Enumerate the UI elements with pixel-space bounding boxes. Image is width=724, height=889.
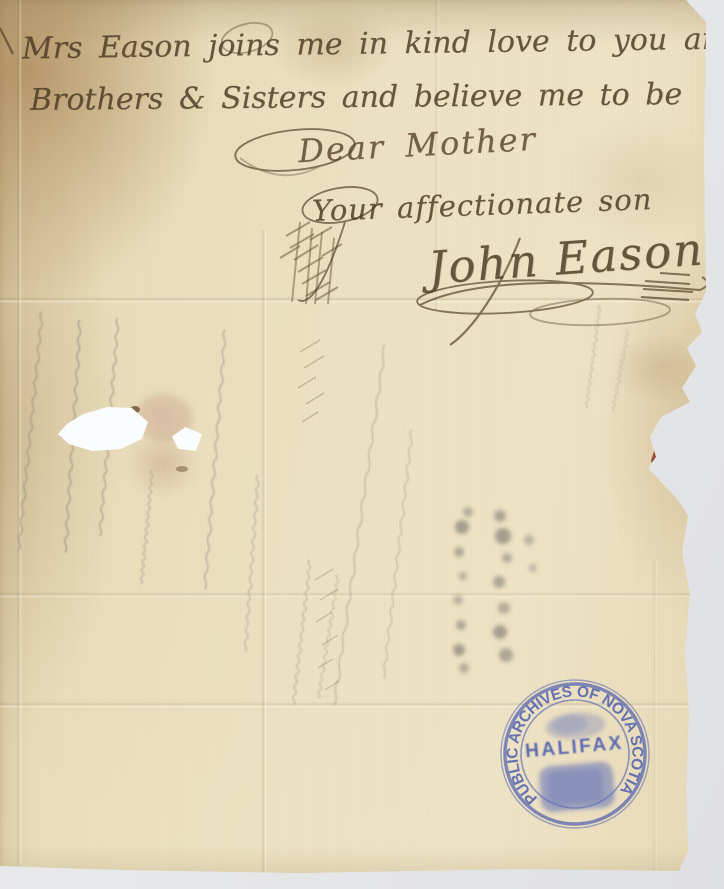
ghost-script-columns xyxy=(18,304,629,706)
paper-hole xyxy=(58,403,148,453)
letter-salutation: Dear Mother xyxy=(297,120,538,170)
scanned-letter-page: Mrs Eason joins me in kind love to you a… xyxy=(0,0,724,889)
fold-crease-vertical xyxy=(16,0,22,866)
stamp-inner-ring xyxy=(516,695,633,812)
postal-smudge xyxy=(453,507,537,673)
seal-speck xyxy=(139,420,147,426)
signature-flourish xyxy=(416,273,707,327)
closing-flourish xyxy=(300,182,381,229)
fold-crease-vertical xyxy=(652,560,658,870)
archives-stamp: PUBLIC ARCHIVES OF NOVA SCOTIA HALIFAX xyxy=(477,656,672,851)
stamp-center-text: HALIFAX xyxy=(524,733,624,763)
letter-line-1: Mrs Eason joins me in kind love to you a… xyxy=(22,21,724,67)
seal-speck xyxy=(130,406,140,413)
seal-remnant xyxy=(113,378,220,504)
stamp-ring-text: PUBLIC ARCHIVES OF NOVA SCOTIA xyxy=(498,677,649,809)
pen-hatch-scribbles xyxy=(280,222,342,690)
fold-crease-horizontal xyxy=(0,702,724,708)
wax-remnant xyxy=(650,446,697,507)
salutation-flourish xyxy=(233,124,357,176)
ink-flourishes xyxy=(0,0,724,889)
letter-paper: Mrs Eason joins me in kind love to you a… xyxy=(0,0,724,889)
stamp-outer-ring xyxy=(499,678,651,830)
stamp-outer-ring xyxy=(495,674,655,834)
letter-line-2: Brothers & Sisters and believe me to be xyxy=(30,77,682,118)
signature-descender xyxy=(450,238,520,345)
edge-pen-mark xyxy=(0,28,13,54)
paper-hole xyxy=(172,427,202,451)
stamp-smudge xyxy=(534,710,616,813)
letter-signature: John Eason xyxy=(426,222,705,294)
fold-crease-vertical xyxy=(434,0,440,310)
salutation-flourish xyxy=(240,158,320,175)
fold-crease-vertical xyxy=(261,230,267,874)
capital-flourish xyxy=(218,18,275,59)
letter-closing: Your affectionate son xyxy=(312,182,653,228)
closing-descender xyxy=(298,222,345,301)
bleedthrough-writing xyxy=(0,0,724,889)
seal-speck xyxy=(176,466,188,472)
fold-crease-horizontal xyxy=(0,592,724,598)
fold-crease-horizontal xyxy=(0,297,724,303)
